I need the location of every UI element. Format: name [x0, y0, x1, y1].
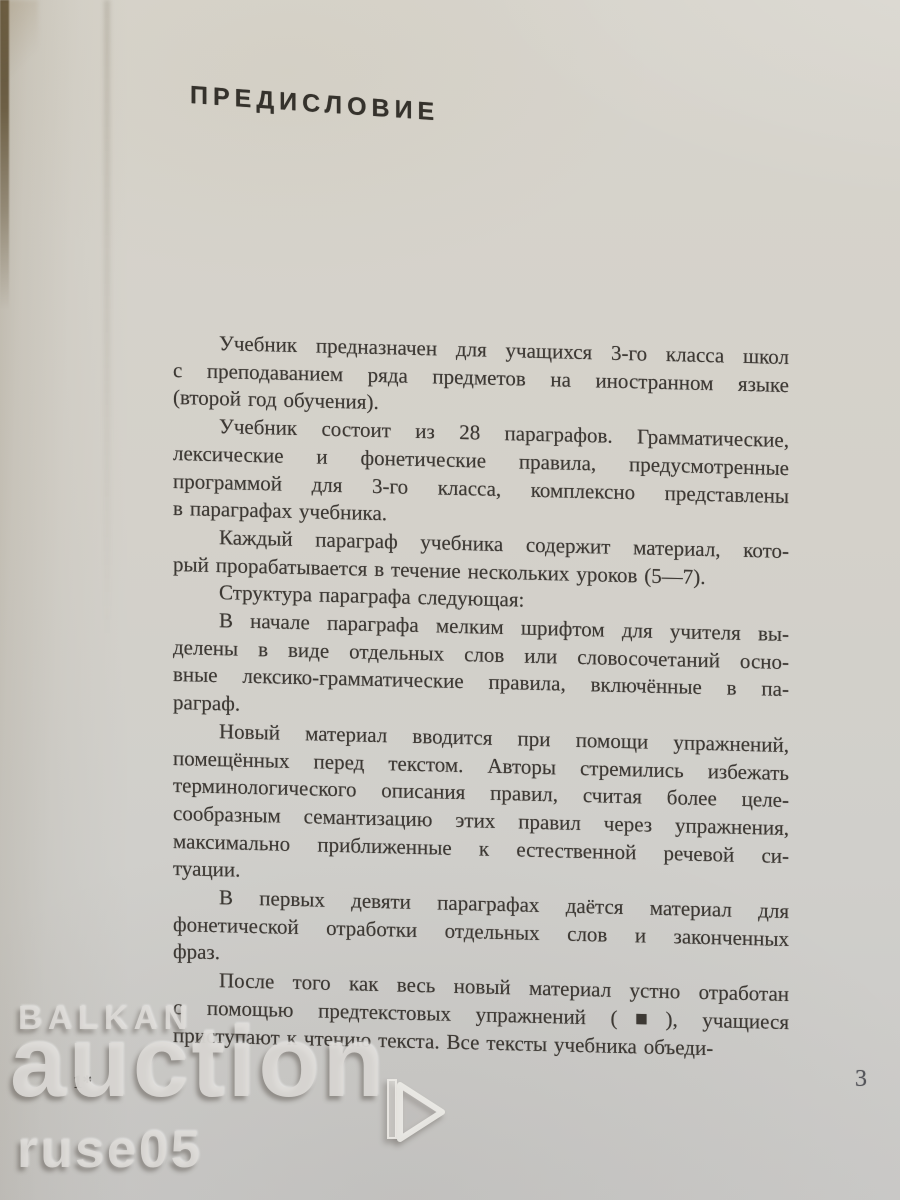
- page-left-shading: [0, 0, 130, 1200]
- gutter-fold-shadow: [104, 0, 110, 640]
- play-icon: [384, 1076, 448, 1144]
- page-title: ПРЕДИСЛОВИЕ: [190, 81, 439, 127]
- page-corner-tint: [0, 0, 38, 80]
- paragraph: Учебник состоит из 28 параграфов. Грамма…: [173, 412, 789, 538]
- signature-mark: 1*: [73, 1072, 92, 1094]
- page-number: 3: [855, 1066, 867, 1093]
- paragraph: В начале параграфа мелким шрифтом для уч…: [173, 606, 789, 732]
- paragraph: Новый материал вводится при помощи упраж…: [173, 717, 789, 898]
- body-text-column: Учебник предназначен для учащихся 3-го к…: [173, 329, 789, 1064]
- paragraph: После того как весь новый материал устно…: [173, 966, 789, 1064]
- paragraph: Учебник предназначен для учащихся 3-го к…: [173, 329, 789, 427]
- paragraph: В первых девяти параграфах даётся матери…: [173, 883, 789, 981]
- book-page-photo: ПРЕДИСЛОВИЕ Учебник предназначен для уча…: [0, 0, 900, 1200]
